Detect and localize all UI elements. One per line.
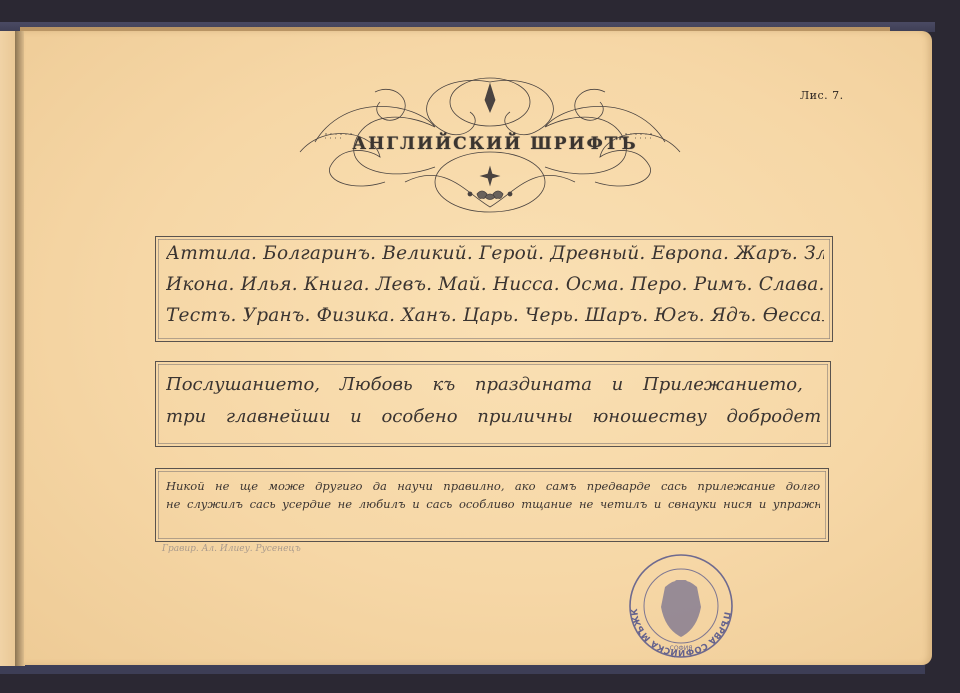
script-line: Аттила. Болгаринъ. Великий. Герой. Древн… bbox=[166, 243, 824, 264]
stamp-bottom-text: СОФИЯ bbox=[670, 645, 693, 652]
cover-bottom-edge bbox=[0, 664, 925, 674]
script-line: три главнейши и особено приличны юношест… bbox=[166, 406, 822, 427]
page-title: АНГЛИЙСКИЙ ШРИФТЪ bbox=[345, 134, 645, 154]
script-line: Тестъ. Уранъ. Физика. Ханъ. Царь. Черь. … bbox=[166, 305, 824, 326]
sentence-box: Послушанието, Любовь къ праздината и При… bbox=[155, 361, 831, 447]
library-stamp-icon: ПЪРВА СОФИЙСКА МЪЖКА ГИМНАЗИЯ СОФИЯ bbox=[625, 552, 737, 660]
engraver-credit: Гравир. Ал. Илиеу. Русенецъ bbox=[162, 544, 301, 554]
plate-number: Лис. 7. bbox=[800, 89, 844, 102]
left-page-sliver bbox=[0, 31, 16, 666]
script-line: Послушанието, Любовь къ праздината и При… bbox=[166, 374, 822, 395]
script-line: Никой не ще може другиго да научи правил… bbox=[166, 479, 820, 493]
script-line: не служилъ сась усердие не любилъ и сась… bbox=[166, 497, 820, 511]
alphabet-words-box: Аттила. Болгаринъ. Великий. Герой. Древн… bbox=[155, 236, 833, 342]
script-line: Икона. Илья. Книга. Левъ. Май. Нисса. Ос… bbox=[166, 274, 824, 295]
small-script-box: Никой не ще може другиго да научи правил… bbox=[155, 468, 829, 542]
